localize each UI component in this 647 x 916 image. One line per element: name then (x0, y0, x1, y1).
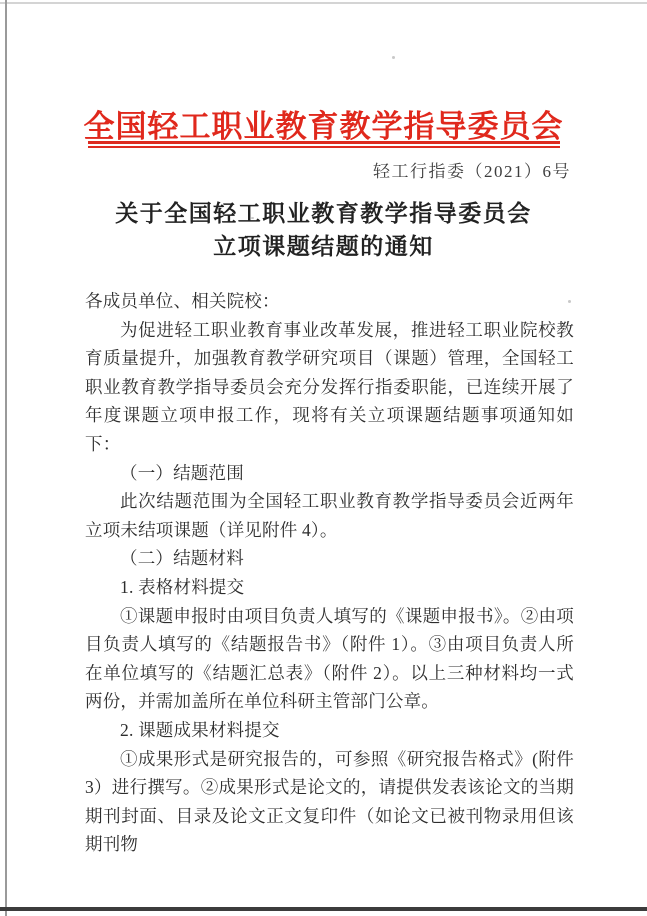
document-title-line-1: 关于全国轻工职业教育教学指导委员会 (0, 197, 647, 230)
letterhead-title: 全国轻工职业教育教学指导委员会 (0, 101, 647, 146)
salutation: 各成员单位、相关院校： (85, 287, 574, 316)
paragraph-intro: 为促进轻工职业教育事业改革发展，推进轻工职业院校教育质量提升，加强教育教学研究项… (85, 316, 574, 459)
document-page: 全国轻工职业教育教学指导委员会 轻工行指委（2021）6号 关于全国轻工职业教育… (0, 0, 647, 916)
page-edge-bottom (0, 907, 647, 911)
paragraph-scope: 此次结题范围为全国轻工职业教育教学指导委员会近两年立项未结项课题（详见附件 4）… (85, 487, 574, 544)
paragraph-result-materials: ①成果形式是研究报告的，可参照《研究报告格式》(附件 3）进行撰写。②成果形式是… (85, 745, 574, 859)
paragraph-form-materials: ①课题申报时由项目负责人填写的《课题申报书》。②由项目负责人填写的《结题报告书》… (85, 602, 574, 716)
heading-item-1: 1. 表格材料提交 (85, 573, 574, 602)
document-number: 轻工行指委（2021）6号 (373, 157, 571, 182)
document-body: 各成员单位、相关院校： 为促进轻工职业教育事业改革发展，推进轻工职业院校教育质量… (85, 287, 574, 859)
heading-section-2: （二）结题材料 (85, 544, 574, 573)
scan-speck (392, 56, 395, 59)
heading-section-1: （一）结题范围 (85, 459, 574, 488)
letterhead-rule (88, 141, 560, 148)
page-edge-top (0, 2, 647, 4)
document-title-line-2: 立项课题结题的通知 (0, 230, 647, 263)
document-title: 关于全国轻工职业教育教学指导委员会 立项课题结题的通知 (0, 197, 647, 263)
heading-item-2: 2. 课题成果材料提交 (85, 716, 574, 745)
